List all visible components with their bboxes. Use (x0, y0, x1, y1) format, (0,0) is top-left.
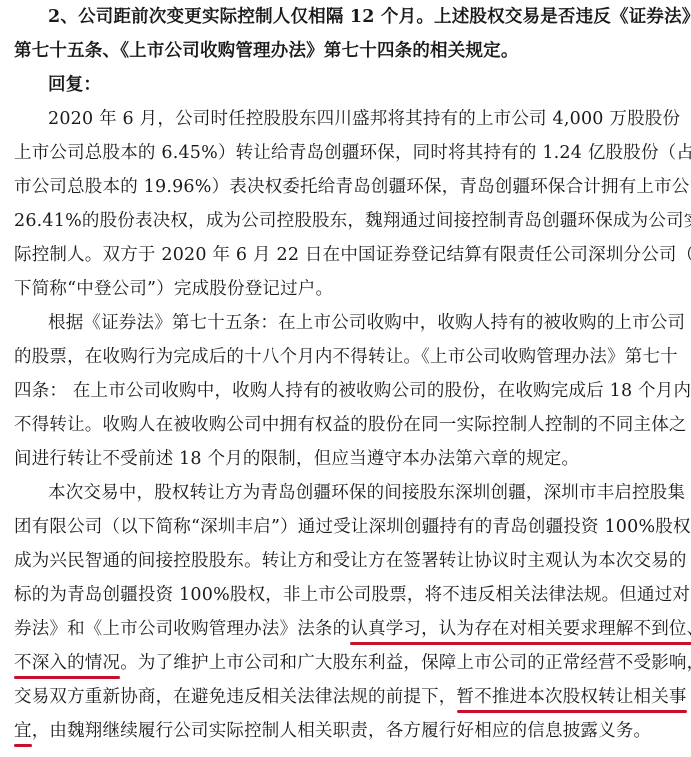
para1-line: 上市公司总股本的 6.45%）转让给青岛创疆环保，同时将其持有的 1.24 亿股… (14, 142, 679, 164)
red-underline-highlight: 宜 (14, 721, 32, 741)
red-underline-highlight: 不深入的情况 (14, 653, 120, 673)
para2-line: 的股票，在收购行为完成后的十八个月内不得转让。《上市公司收购管理办法》第七十 (14, 346, 679, 368)
para3-line: 标的为青岛创疆投资 100%股权，非上市公司股票，将不违反相关法律法规。但通过对… (14, 584, 679, 606)
para1-line: 2020 年 6 月，公司时任控股股东四川盛邦将其持有的上市公司 4,000 万… (48, 108, 679, 130)
red-underline-highlight: 暂不推进本次股权转让相关事 (457, 687, 687, 707)
para2-line: 根据《证券法》第七十五条：在上市公司收购中，收购人持有的被收购的上市公司 (48, 312, 679, 334)
para2-line: 间进行转让不受前述 18 个月的限制，但应当遵守本办法第六章的规定。 (14, 448, 679, 470)
reply-label: 回复： (48, 74, 679, 96)
para3-line: 团有限公司（以下简称“深圳丰启”）通过受让深圳创疆持有的青岛创疆投资 100%股… (14, 516, 679, 538)
para1-line: 下简称“中登公司”）完成股份登记过户。 (14, 278, 679, 300)
para2-line: 不得转让。收购人在被收购公司中拥有权益的股份在同一实际控制人控制的不同主体之 (14, 414, 679, 436)
para2-line: 四条： 在上市公司收购中，收购人持有的被收购公司的股份，在收购完成后 18 个月… (14, 380, 679, 402)
para1-line: 26.41%的股份表决权，成为公司控股股东，魏翔通过间接控制青岛创疆环保成为公司… (14, 210, 679, 232)
para3-line: 成为兴民智通的间接控股股东。转让方和受让方在签署转让协议时主观认为本次交易的 (14, 550, 679, 572)
text: ，由魏翔继续履行公司实际控制人相关职责，各方履行好相应的信息披露义务。 (32, 721, 652, 741)
text: 。为了维护上市公司和广大股东利益，保障上市公司的正常经营不受影响， (120, 653, 691, 673)
para3-line: 交易双方重新协商，在避免违反相关法律法规的前提下，暂不推进本次股权转让相关事 (14, 686, 679, 708)
text: 交易双方重新协商，在避免违反相关法律法规的前提下， (14, 687, 457, 707)
red-underline-highlight: 认真学习，认为存在对相关要求理解不到位、 (350, 619, 691, 639)
para3-line: 宜，由魏翔继续履行公司实际控制人相关职责，各方履行好相应的信息披露义务。 (14, 720, 679, 742)
question-line-2: 第七十五条、《上市公司收购管理办法》第七十四条的相关规定。 (14, 40, 679, 62)
para3-line: 不深入的情况。为了维护上市公司和广大股东利益，保障上市公司的正常经营不受影响， (14, 652, 679, 674)
question-line-1: 2、公司距前次变更实际控制人仅相隔 12 个月。上述股权交易是否违反《证券法》 (48, 6, 679, 28)
text: 券法》和《上市公司收购管理办法》法条的 (14, 619, 350, 639)
para1-line: 市公司总股本的 19.96%）表决权委托给青岛创疆环保，青岛创疆环保合计拥有上市… (14, 176, 679, 198)
para3-line: 本次交易中，股权转让方为青岛创疆环保的间接股东深圳创疆，深圳市丰启控股集 (48, 482, 679, 504)
para1-line: 际控制人。双方于 2020 年 6 月 22 日在中国证券登记结算有限责任公司深… (14, 244, 679, 266)
para3-line: 券法》和《上市公司收购管理办法》法条的认真学习，认为存在对相关要求理解不到位、 (14, 618, 679, 640)
